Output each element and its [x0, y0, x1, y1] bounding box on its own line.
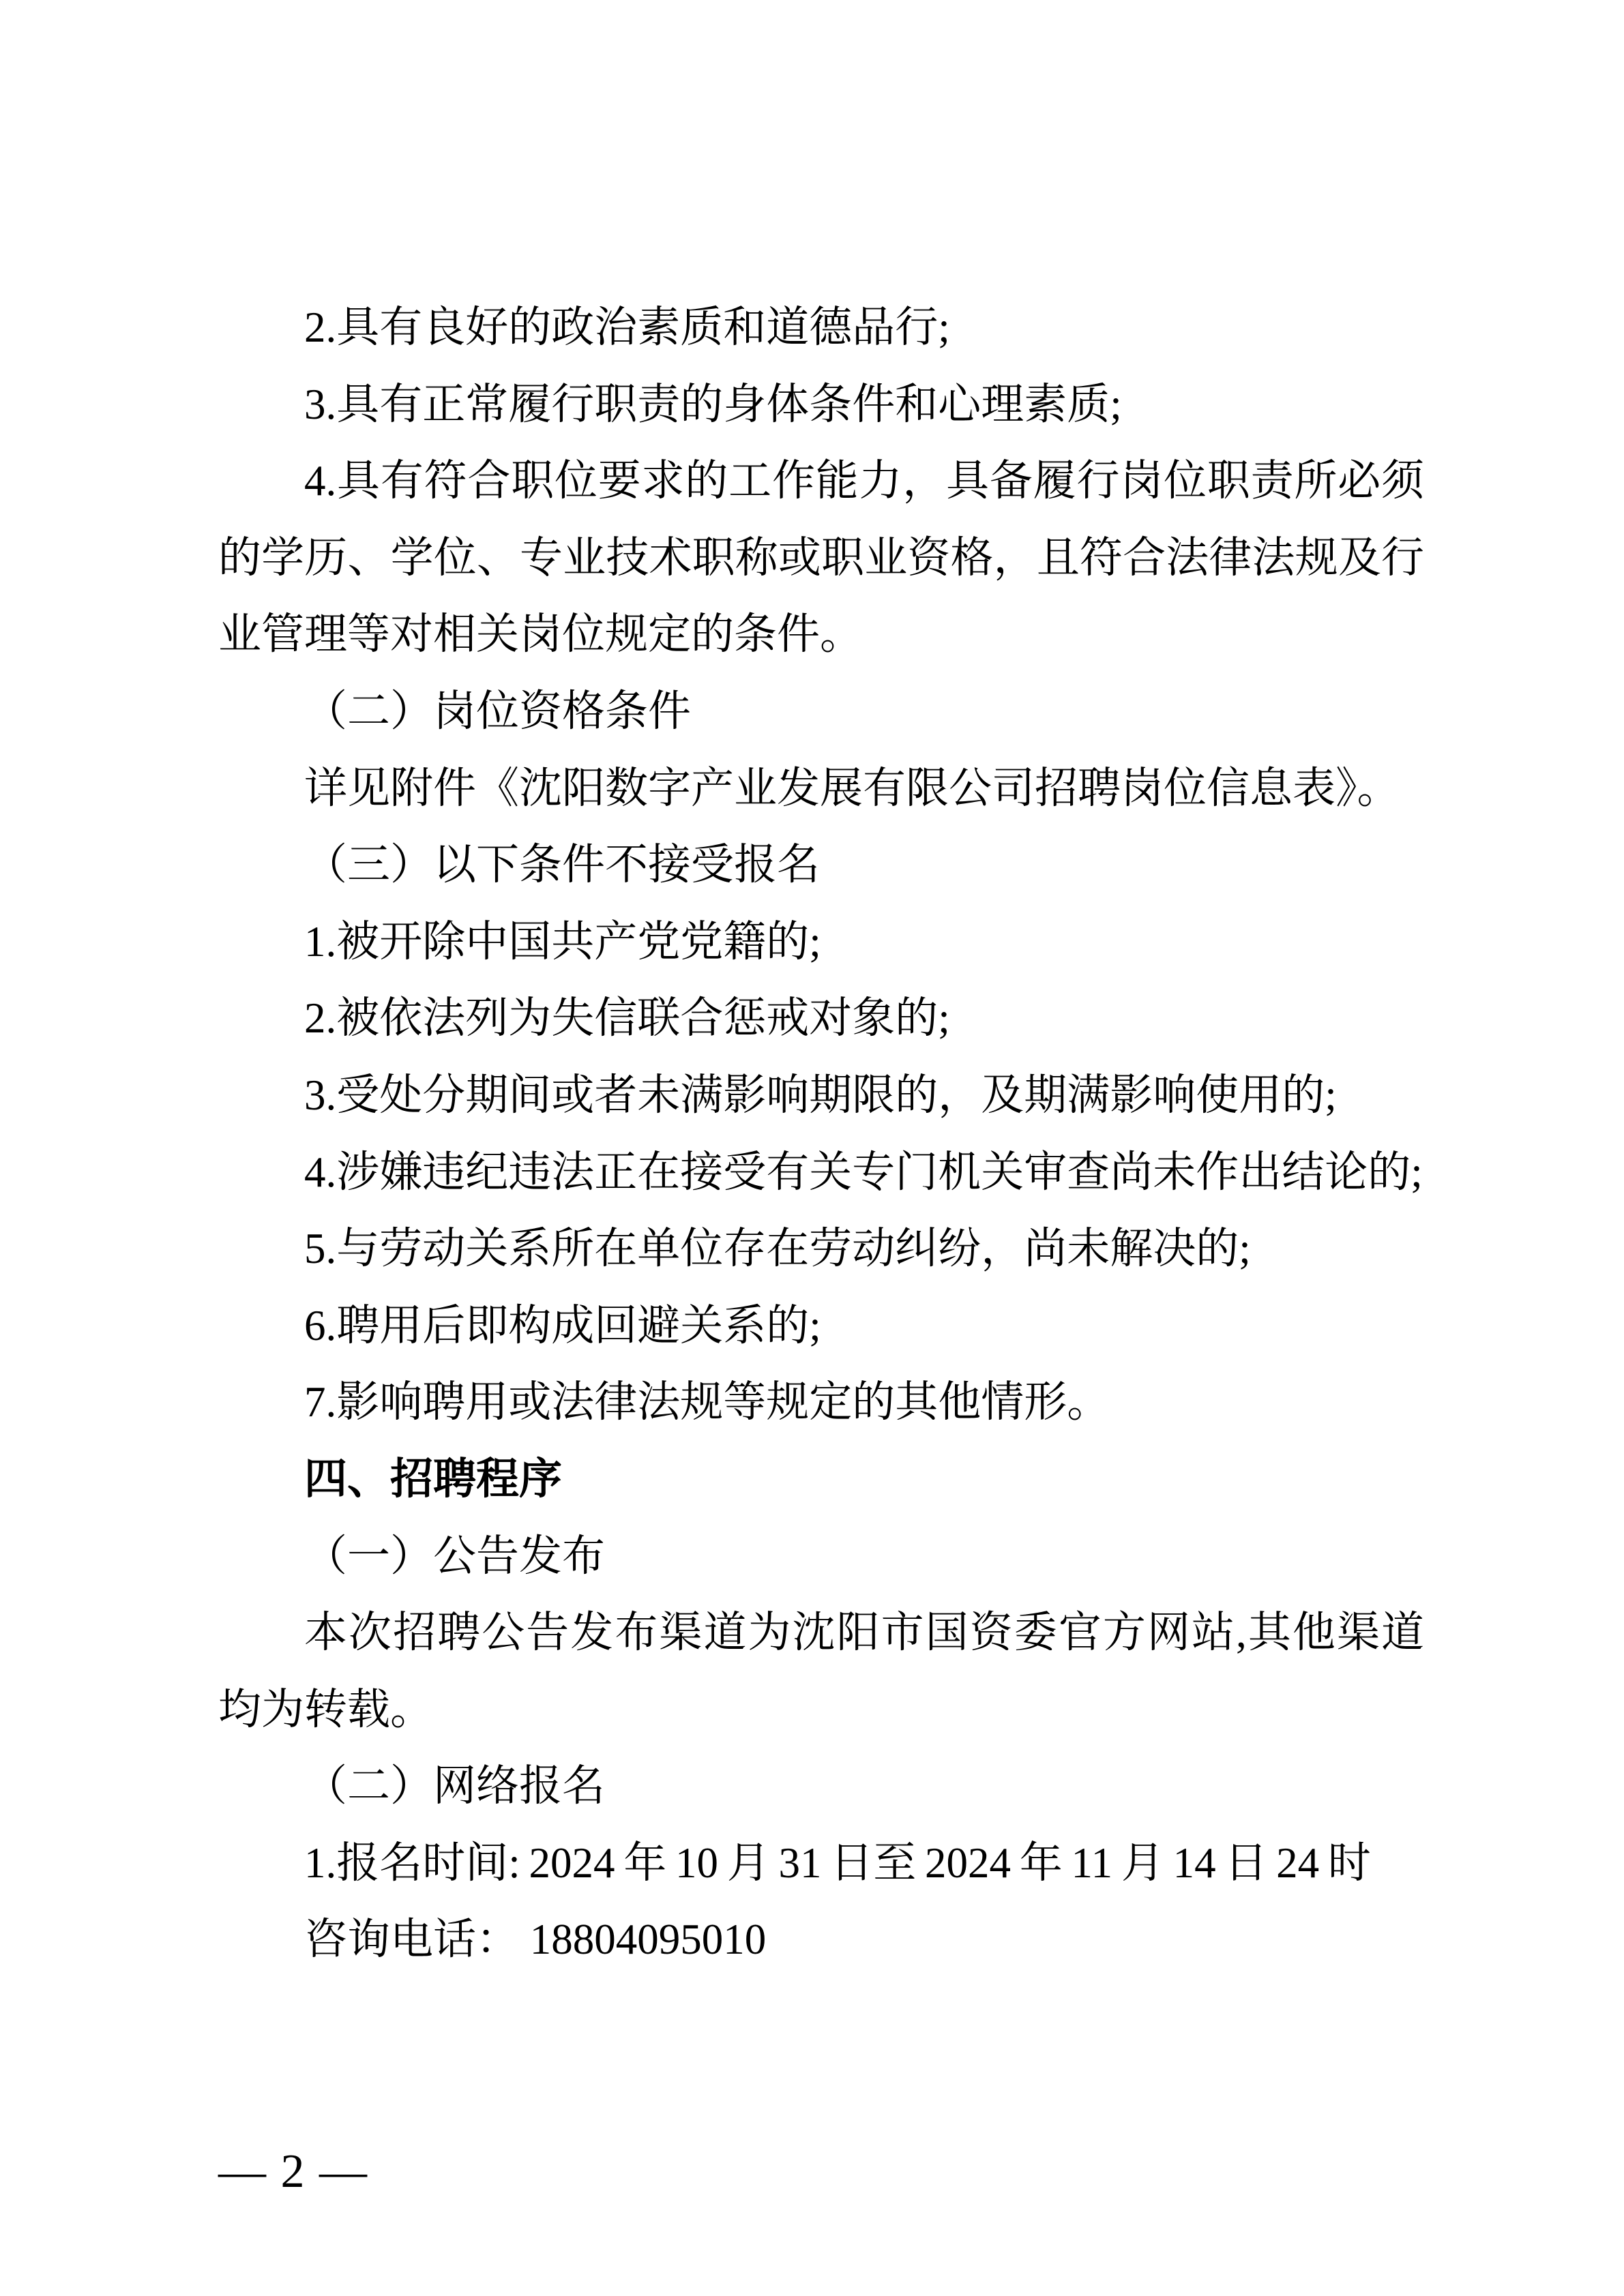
text-line: 4.涉嫌违纪违法正在接受有关专门机关审查尚未作出结论的; — [218, 1134, 1424, 1211]
text-line: 3.受处分期间或者未满影响期限的，及期满影响使用的; — [218, 1057, 1424, 1134]
document-page: 2.具有良好的政治素质和道德品行; 3.具有正常履行职责的身体条件和心理素质; … — [0, 0, 1624, 2296]
text-line: 5.与劳动关系所在单位存在劳动纠纷，尚未解决的; — [218, 1210, 1424, 1287]
page-number: — 2 — — [218, 2148, 368, 2196]
subsection-heading-not-accepted: （三）以下条件不接受报名 — [218, 826, 1424, 904]
text-line: 3.具有正常履行职责的身体条件和心理素质; — [218, 366, 1424, 443]
text-line: 均为转载。 — [218, 1671, 1424, 1748]
subsection-heading-post-qualifications: （二）岗位资格条件 — [218, 673, 1424, 750]
text-line: 2.被依法列为失信联合惩戒对象的; — [218, 980, 1424, 1057]
subsection-heading-announcement-release: （一）公告发布 — [218, 1518, 1424, 1595]
text-line: 4.具有符合职位要求的工作能力，具备履行岗位职责所必须 — [218, 443, 1424, 520]
text-line: 业管理等对相关岗位规定的条件。 — [218, 596, 1424, 673]
text-line: 详见附件《沈阳数字产业发展有限公司招聘岗位信息表》。 — [218, 750, 1424, 827]
subsection-heading-online-registration: （二）网络报名 — [218, 1748, 1424, 1825]
registration-time-line: 1.报名时间: 2024 年 10 月 31 日至 2024 年 11 月 14… — [218, 1825, 1424, 1902]
text-line: 2.具有良好的政治素质和道德品行; — [218, 289, 1424, 366]
text-line: 1.被开除中国共产党党籍的; — [218, 904, 1424, 981]
text-line: 7.影响聘用或法律法规等规定的其他情形。 — [218, 1364, 1424, 1441]
text-line: 本次招聘公告发布渠道为沈阳市国资委官方网站,其他渠道 — [218, 1594, 1424, 1671]
text-line: 6.聘用后即构成回避关系的; — [218, 1287, 1424, 1365]
text-line: 的学历、学位、专业技术职称或职业资格，且符合法律法规及行 — [218, 520, 1424, 597]
consult-phone-line: 咨询电话： 18804095010 — [218, 1901, 1424, 1978]
section-heading-recruitment-procedure: 四、招聘程序 — [218, 1441, 1424, 1518]
document-body: 2.具有良好的政治素质和道德品行; 3.具有正常履行职责的身体条件和心理素质; … — [218, 289, 1424, 1978]
